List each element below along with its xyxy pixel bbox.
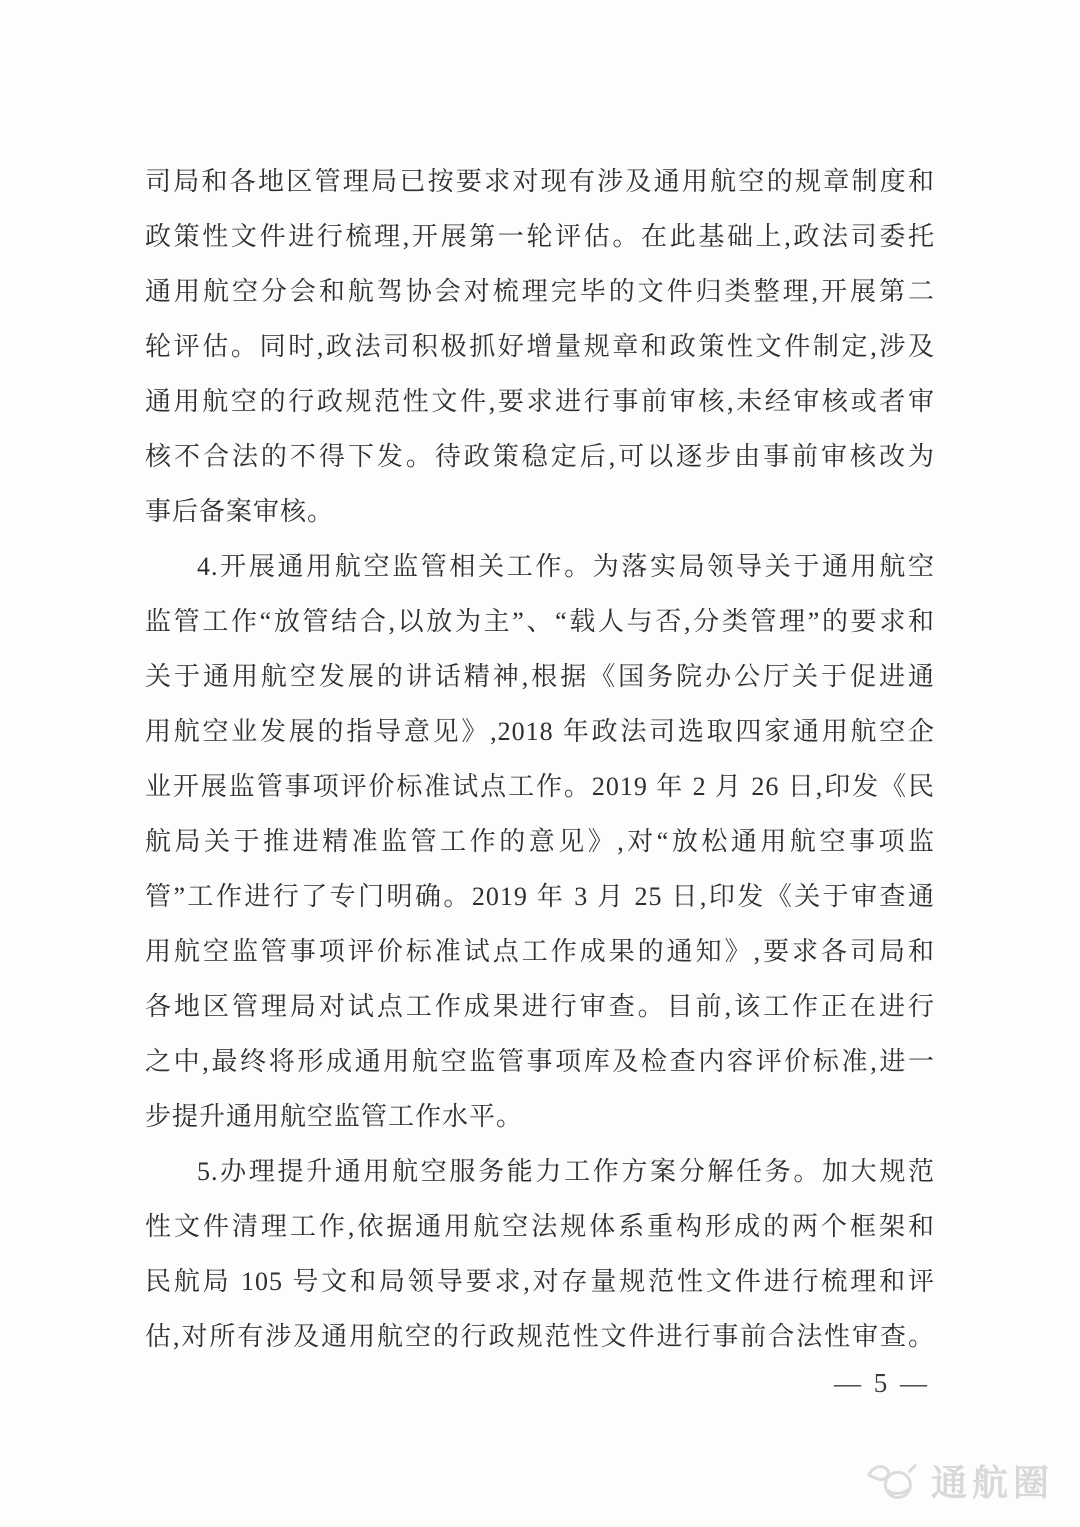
text-line: 步提升通用航空监管工作水平。	[145, 1089, 935, 1144]
text-line: 轮评估。同时,政法司积极抓好增量规章和政策性文件制定,涉及	[145, 319, 935, 374]
text-line: 事后备案审核。	[145, 484, 935, 539]
paragraph-continuation: 司局和各地区管理局已按要求对现有涉及通用航空的规章制度和 政策性文件进行梳理,开…	[145, 154, 935, 539]
text-line: 各地区管理局对试点工作成果进行审查。目前,该工作正在进行	[145, 979, 935, 1034]
document-body: 司局和各地区管理局已按要求对现有涉及通用航空的规章制度和 政策性文件进行梳理,开…	[145, 154, 935, 1364]
text-line: 政策性文件进行梳理,开展第一轮评估。在此基础上,政法司委托	[145, 209, 935, 264]
text-line: 民航局 105 号文和局领导要求,对存量规范性文件进行梳理和评	[145, 1254, 935, 1309]
text-line: 业开展监管事项评价标准试点工作。2019 年 2 月 26 日,印发《民	[145, 759, 935, 814]
text-line: 监管工作“放管结合,以放为主”、“载人与否,分类管理”的要求和	[145, 594, 935, 649]
text-line: 之中,最终将形成通用航空监管事项库及检查内容评价标准,进一	[145, 1034, 935, 1089]
text-line: 估,对所有涉及通用航空的行政规范性文件进行事前合法性审查。	[145, 1309, 935, 1364]
text-line: 通用航空分会和航驾协会对梳理完毕的文件归类整理,开展第二	[145, 264, 935, 319]
page-number: — 5 —	[834, 1368, 930, 1399]
text-line: 5.办理提升通用航空服务能力工作方案分解任务。加大规范	[145, 1144, 935, 1199]
text-line: 通用航空的行政规范性文件,要求进行事前审核,未经审核或者审	[145, 374, 935, 429]
text-line: 性文件清理工作,依据通用航空法规体系重构形成的两个框架和	[145, 1199, 935, 1254]
watermark-logo-icon	[865, 1457, 923, 1505]
text-line: 用航空监管事项评价标准试点工作成果的通知》,要求各司局和	[145, 924, 935, 979]
text-line: 用航空业发展的指导意见》,2018 年政法司选取四家通用航空企	[145, 704, 935, 759]
paragraph-item-5: 5.办理提升通用航空服务能力工作方案分解任务。加大规范 性文件清理工作,依据通用…	[145, 1144, 935, 1364]
watermark-text: 通航圈	[931, 1455, 1054, 1506]
text-line: 管”工作进行了专门明确。2019 年 3 月 25 日,印发《关于审查通	[145, 869, 935, 924]
text-line: 核不合法的不得下发。待政策稳定后,可以逐步由事前审核改为	[145, 429, 935, 484]
text-line: 关于通用航空发展的讲话精神,根据《国务院办公厅关于促进通	[145, 649, 935, 704]
paragraph-item-4: 4.开展通用航空监管相关工作。为落实局领导关于通用航空 监管工作“放管结合,以放…	[145, 539, 935, 1144]
text-line: 4.开展通用航空监管相关工作。为落实局领导关于通用航空	[145, 539, 935, 594]
text-line: 司局和各地区管理局已按要求对现有涉及通用航空的规章制度和	[145, 154, 935, 209]
text-line: 航局关于推进精准监管工作的意见》,对“放松通用航空事项监	[145, 814, 935, 869]
watermark: 通航圈	[865, 1455, 1054, 1506]
document-page: 司局和各地区管理局已按要求对现有涉及通用航空的规章制度和 政策性文件进行梳理,开…	[0, 0, 1080, 1527]
